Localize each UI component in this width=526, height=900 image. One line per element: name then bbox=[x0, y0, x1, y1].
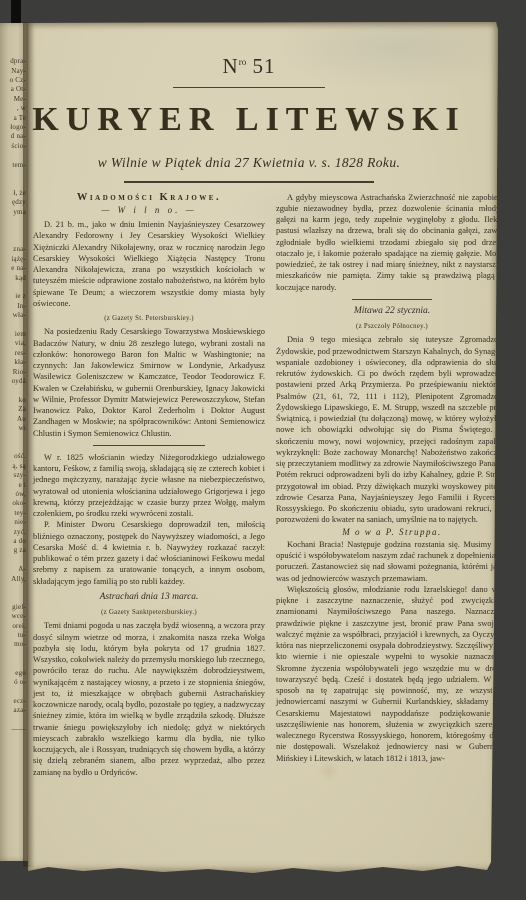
left-column: Wiadomości Krajowe. — W i l n o. — D. 21… bbox=[33, 192, 265, 778]
right-column: A gdyby mieyscowa Astrachańska Zwierzchn… bbox=[276, 192, 508, 778]
news-paragraph: A gdyby mieyscowa Astrachańska Zwierzchn… bbox=[276, 192, 508, 293]
issue-prefix: N bbox=[223, 54, 239, 78]
masthead: Nro 51 KURYER LITEWSKI w Wilnie w Piątek… bbox=[14, 22, 484, 183]
dateline-rule bbox=[124, 181, 374, 183]
issue-value: 51 bbox=[252, 54, 275, 78]
divider-rule bbox=[93, 445, 205, 446]
issue-number: Nro 51 bbox=[14, 54, 484, 79]
divider-rule bbox=[352, 299, 432, 300]
speech-heading: M o w a P. Struppa. bbox=[276, 527, 508, 538]
news-paragraph: Większością głosów, młodzianie rodu Izra… bbox=[276, 584, 508, 764]
source-credit: (z Pszczoły Północney.) bbox=[276, 321, 508, 332]
news-paragraph: Kochani Bracia! Następuje godzina rozsta… bbox=[276, 539, 508, 584]
news-paragraph: D. 21 b. m., jako w dniu Imienin Nayjaśn… bbox=[33, 219, 265, 309]
news-paragraph: Temi dniami pogoda u nas zaczęła bydź wi… bbox=[33, 620, 265, 778]
issue-superscript: ro bbox=[239, 57, 247, 67]
news-paragraph: Na posiedzeniu Rady Cesarskiego Towarzys… bbox=[33, 326, 265, 439]
dateline: w Wilnie w Piątek dnia 27 Kwietnia v. s.… bbox=[14, 155, 484, 171]
facing-page-edge: dpra- Nay- o Cz- a Ot- Me- , w a Te łogo… bbox=[0, 23, 29, 861]
newspaper-page: Nro 51 KURYER LITEWSKI w Wilnie w Piątek… bbox=[28, 22, 498, 873]
bookmark-tab bbox=[11, 0, 21, 23]
place-heading: — W i l n o. — bbox=[33, 205, 265, 216]
scan-background: dpra- Nay- o Cz- a Ot- Me- , w a Te łogo… bbox=[0, 0, 526, 900]
newspaper-title: KURYER LITEWSKI bbox=[14, 101, 484, 139]
news-paragraph: Dnia 9 tego miesiąca zebrało się tuteysz… bbox=[276, 334, 508, 525]
section-heading: Wiadomości Krajowe. bbox=[33, 192, 265, 203]
issue-rule bbox=[173, 87, 325, 88]
facing-page-text-fragments: dpra- Nay- o Cz- a Ot- Me- , w a Te łogo… bbox=[0, 23, 29, 734]
news-paragraph: W r. 1825 włościanin wiedzy Niżegorodzki… bbox=[33, 452, 265, 520]
article-columns: Wiadomości Krajowe. — W i l n o. — D. 21… bbox=[33, 192, 511, 778]
news-paragraph: P. Minister Dworu Cesarskiego doprowadzi… bbox=[33, 519, 265, 587]
source-credit: (z Gazety Sanktpetersburskiey.) bbox=[33, 607, 265, 618]
source-credit: (z Gazety St. Petersburskiey.) bbox=[33, 313, 265, 324]
article-heading: Mitawa 22 stycznia. bbox=[276, 306, 508, 317]
article-heading: Astrachań dnia 13 marca. bbox=[33, 592, 265, 603]
